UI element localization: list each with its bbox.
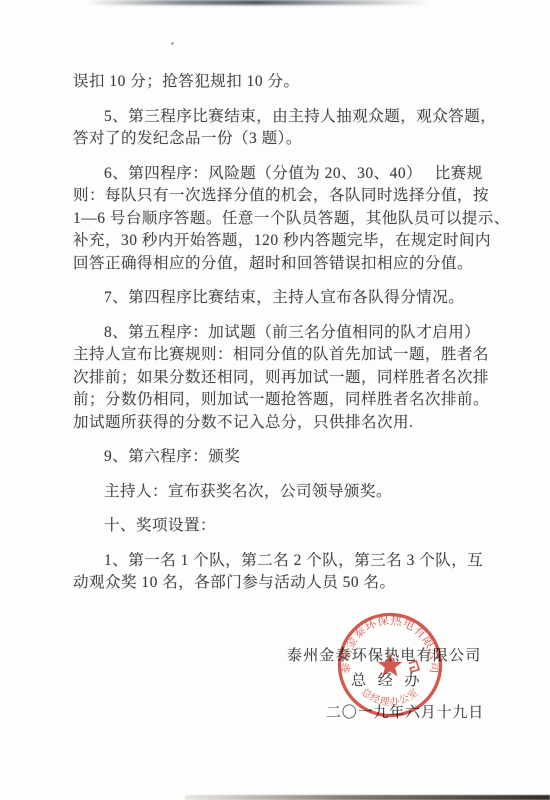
document-line: 次排前；如果分数还相同，则再加试一题，同样胜者名次排 [73, 367, 493, 390]
document-line: 则：每队只有一次选择分值的机会，各队同时选择分值，按 [73, 185, 493, 208]
scan-edge-shadow-bottom [185, 795, 550, 800]
document-line: 主持人：宣布获奖名次，公司领导颁奖。 [73, 481, 493, 504]
paragraph-item-8: 8、第五程序：加试题（前三名分值相同的队才启用） 主持人宣布比赛规则：相同分值的… [73, 322, 493, 435]
document-line: 1、第一名 1 个队，第二名 2 个队，第三名 3 个队，互 [73, 550, 493, 573]
document-line: 6、第四程序：风险题（分值为 20、30、40） 比赛规 [73, 163, 493, 186]
paragraph-awards: 1、第一名 1 个队，第二名 2 个队，第三名 3 个队，互 动观众奖 10 名… [73, 550, 493, 595]
paragraph-continuation: 误扣 10 分；抢答犯规扣 10 分。 [73, 71, 493, 94]
paragraph-item-10-heading: 十、奖项设置： [73, 515, 493, 538]
paragraph-item-5: 5、第三程序比赛结束，由主持人抽观众题，观众答题， 答对了的发纪念品一份（3 题… [73, 106, 493, 151]
document-line: 动观众奖 10 名，各部门参与活动人员 50 名。 [73, 572, 493, 595]
seal-svg: 泰州金泰环保热电有限公司 总经理办公室 [332, 607, 448, 723]
paragraph-item-9: 9、第六程序：颁奖 [73, 446, 493, 469]
company-seal-stamp: 泰州金泰环保热电有限公司 总经理办公室 [332, 607, 448, 723]
document-line: 补充，30 秒内开始答题，120 秒内答题完毕，在规定时间内 [73, 230, 493, 253]
paragraph-host: 主持人：宣布获奖名次，公司领导颁奖。 [73, 481, 493, 504]
document-body: 误扣 10 分；抢答犯规扣 10 分。 5、第三程序比赛结束，由主持人抽观众题，… [73, 71, 493, 607]
document-line: 误扣 10 分；抢答犯规扣 10 分。 [73, 71, 493, 94]
star-icon [378, 653, 403, 677]
document-line: 8、第五程序：加试题（前三名分值相同的队才启用） [73, 322, 493, 345]
scanned-document-page: 误扣 10 分；抢答犯规扣 10 分。 5、第三程序比赛结束，由主持人抽观众题，… [0, 0, 550, 800]
scan-edge-shadow-top [85, 0, 430, 5]
document-line: 7、第四程序比赛结束，主持人宣布各队得分情况。 [73, 287, 493, 310]
document-line: 前；分数仍相同，则加试一题抢答题，同样胜者名次排前。 [73, 389, 493, 412]
paragraph-item-6: 6、第四程序：风险题（分值为 20、30、40） 比赛规 则：每队只有一次选择分… [73, 163, 493, 276]
document-line: 回答正确得相应的分值，超时和回答错误扣相应的分值。 [73, 253, 493, 276]
document-line: 5、第三程序比赛结束，由主持人抽观众题，观众答题， [73, 106, 493, 129]
document-line: 答对了的发纪念品一份（3 题）。 [73, 128, 493, 151]
document-line: 9、第六程序：颁奖 [73, 446, 493, 469]
seal-bottom-text: 总经理办公室 [359, 685, 421, 708]
scan-speck [171, 42, 174, 45]
document-line: 主持人宣布比赛规则：相同分值的队首先加试一题，胜者名 [73, 344, 493, 367]
document-line: 1—6 号台顺序答题。任意一个队员答题，其他队员可以提示、 [73, 208, 493, 231]
document-line: 十、奖项设置： [73, 515, 493, 538]
document-line: 加试题所获得的分数不记入总分，只供排名次用. [73, 412, 493, 435]
paragraph-item-7: 7、第四程序比赛结束，主持人宣布各队得分情况。 [73, 287, 493, 310]
stamp-code-mark [409, 661, 419, 672]
